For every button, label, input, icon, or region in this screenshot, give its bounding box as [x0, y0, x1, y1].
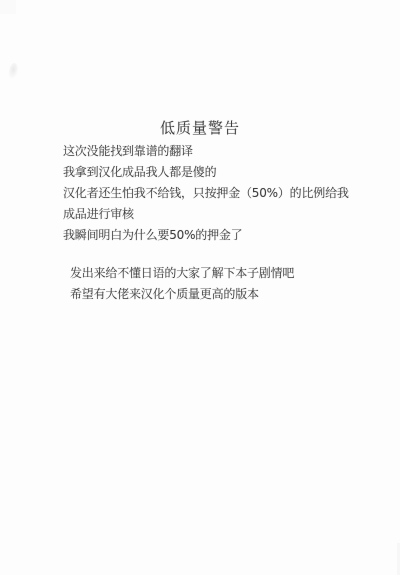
corner-shade — [0, 0, 16, 14]
note-line: 我瞬间明白为什么要50%的押金了 — [63, 225, 242, 246]
note-line: 汉化者还生怕我不给钱，只按押金（50%）的比例给我 — [63, 183, 349, 204]
paper-smudge-mark — [7, 62, 19, 80]
note-line: 希望有大佬来汉化个质量更高的版本 — [70, 284, 294, 305]
closing-paragraph: 发出来给不懂日语的大家了解下本子剧情吧 希望有大佬来汉化个质量更高的版本 — [70, 263, 294, 305]
intro-paragraph: 这次没能找到靠谱的翻译 我拿到汉化成品我人都是傻的 汉化者还生怕我不给钱，只按押… — [63, 141, 349, 225]
note-line: 我拿到汉化成品我人都是傻的 — [63, 162, 349, 183]
realization-paragraph: 我瞬间明白为什么要50%的押金了 — [63, 225, 242, 246]
note-line: 成品进行审核 — [63, 204, 349, 225]
page-title: 低质量警告 — [0, 119, 400, 137]
scanned-note-page: 低质量警告 这次没能找到靠谱的翻译 我拿到汉化成品我人都是傻的 汉化者还生怕我不… — [0, 0, 400, 575]
note-line: 这次没能找到靠谱的翻译 — [63, 141, 349, 162]
note-line: 发出来给不懂日语的大家了解下本子剧情吧 — [70, 263, 294, 284]
